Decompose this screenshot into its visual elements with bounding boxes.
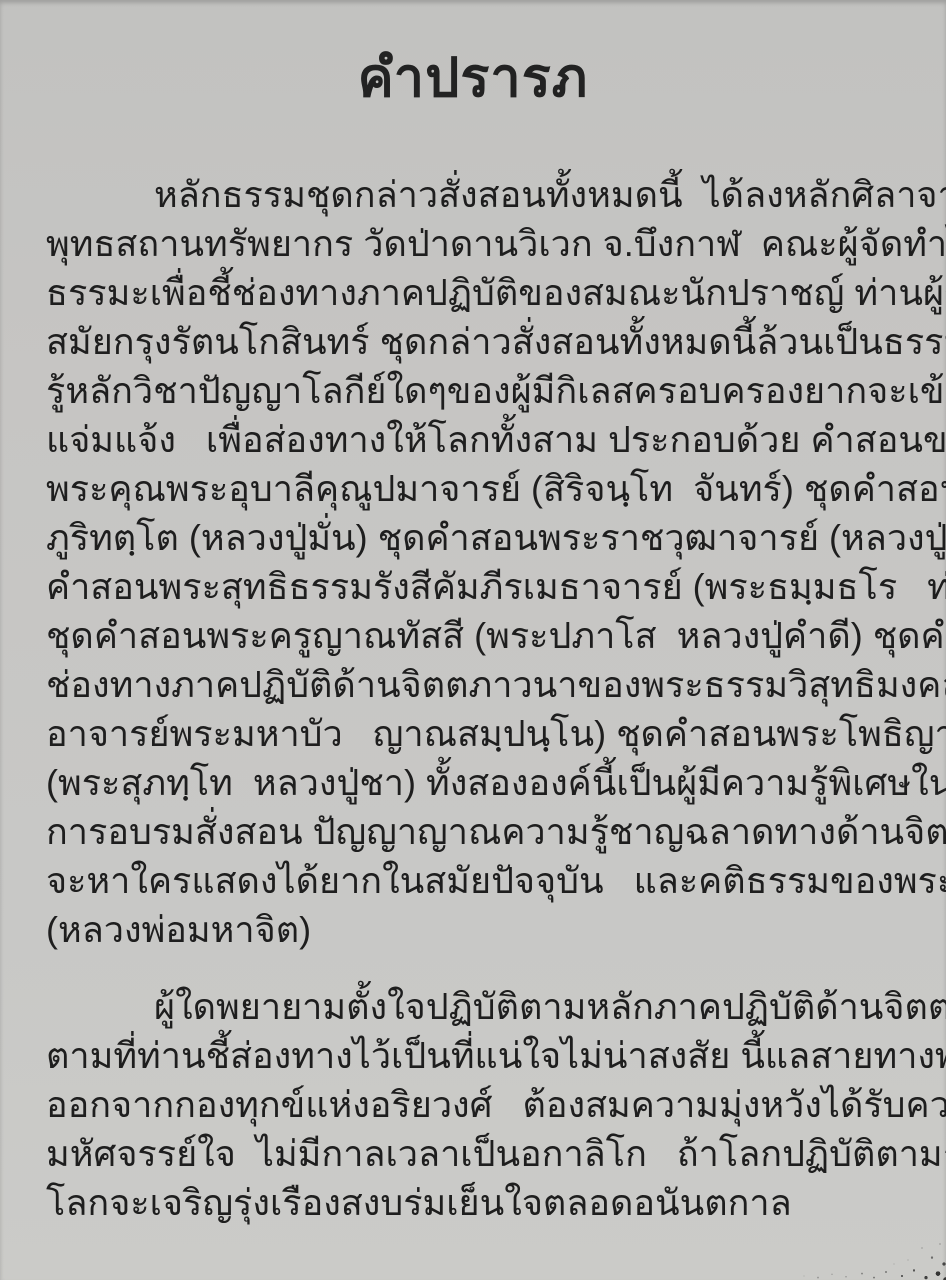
text-line: ช่องทางภาคปฏิบัติด้านจิตตภาวนาของพระธรรม…: [46, 660, 908, 709]
text-line: ชุดคำสอนพระครูญาณทัสสี (พระปภาโส หลวงปู่…: [46, 611, 908, 660]
scanned-document-page: คำปรารภ หลักธรรมชุดกล่าวสั่งสอนทั้งหมดนี…: [0, 0, 946, 1280]
text-line: ออกจากกองทุกข์แห่งอริยวงศ์ ต้องสมความมุ่…: [46, 1080, 908, 1129]
text-line: ภูริทตฺโต (หลวงปู่มั่น) ชุดคำสอนพระราชวุ…: [46, 513, 908, 562]
text-line: โลกจะเจริญรุ่งเรืองสงบร่มเย็นใจตลอดอนันต…: [46, 1178, 908, 1227]
text-line: อาจารย์พระมหาบัว ญาณสมฺปนฺโน) ชุดคำสอนพร…: [46, 709, 908, 758]
paragraph-2: ผู้ใดพยายามตั้งใจปฏิบัติตามหลักภาคปฏิบัต…: [0, 982, 946, 1227]
text-line: ตามที่ท่านชี้ส่องทางไว้เป็นที่แน่ใจไม่น่…: [46, 1031, 908, 1080]
text-line: รู้หลักวิชาปัญญาโลกีย์ใดๆของผู้มีกิเลสคร…: [46, 366, 908, 415]
text-line: สมัยกรุงรัตนโกสินทร์ ชุดกล่าวสั่งสอนทั้ง…: [46, 317, 908, 366]
text-line: ธรรมะเพื่อชี้ช่องทางภาคปฏิบัติของสมณะนัก…: [46, 268, 908, 317]
text-line: การอบรมสั่งสอน ปัญญาญาณความรู้ชาญฉลาดทาง…: [46, 807, 908, 856]
text-line: (หลวงพ่อมหาจิต): [46, 905, 908, 954]
text-line: มหัศจรรย์ใจ ไม่มีกาลเวลาเป็นอกาลิโก ถ้าโ…: [46, 1129, 908, 1178]
paragraph-1: หลักธรรมชุดกล่าวสั่งสอนทั้งหมดนี้ ได้ลงห…: [0, 170, 946, 954]
text-line: หลักธรรมชุดกล่าวสั่งสอนทั้งหมดนี้ ได้ลงห…: [46, 170, 908, 219]
text-line: คำสอนพระสุทธิธรรมรังสีคัมภีรเมธาจารย์ (พ…: [46, 562, 908, 611]
text-line: แจ่มแจ้ง เพื่อส่องทางให้โลกทั้งสาม ประกอ…: [46, 415, 908, 464]
text-line: (พระสุภทฺโท หลวงปู่ชา) ทั้งสององค์นี้เป็…: [46, 758, 908, 807]
text-line: ผู้ใดพยายามตั้งใจปฏิบัติตามหลักภาคปฏิบัต…: [46, 982, 908, 1031]
text-line: จะหาใครแสดงได้ยากในสมัยปัจจุบัน และคติธร…: [46, 856, 908, 905]
page-title: คำปรารภ: [0, 0, 946, 118]
text-line: พุทธสถานทรัพยากร วัดป่าดานวิเวก จ.บึงกาฬ…: [46, 219, 908, 268]
text-line: พระคุณพระอุบาลีคุณูปมาจารย์ (สิริจนฺโท จ…: [46, 464, 908, 513]
